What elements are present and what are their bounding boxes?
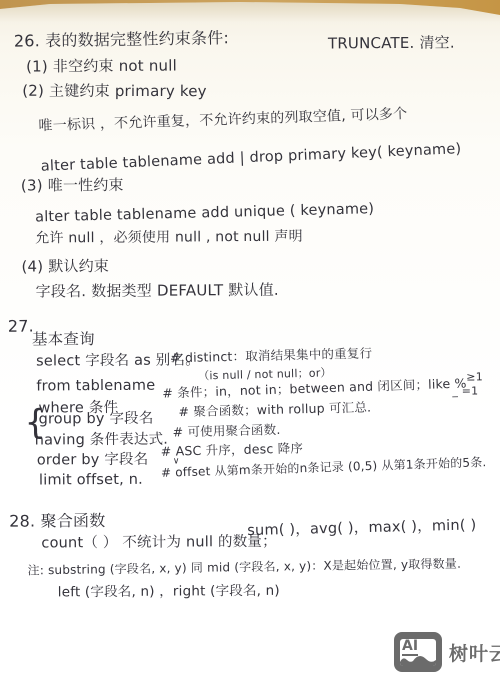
picture-frame-icon: AI: [400, 639, 436, 666]
notes-layer: 26. 表的数据完整性约束条件:TRUNCATE. 清空.(1) 非空约束 no…: [0, 0, 500, 684]
mountains-icon: [400, 652, 436, 666]
photo-canvas: 26. 表的数据完整性约束条件:TRUNCATE. 清空.(1) 非空约束 no…: [0, 0, 500, 684]
note-line: 28. 聚合函数: [9, 512, 105, 531]
note-line: # 可使用聚合函数.: [172, 423, 280, 440]
watermark: AI 树叶云: [394, 632, 500, 672]
note-line: (4) 默认约束: [21, 258, 109, 276]
note-line: order by 字段名: [37, 452, 149, 469]
note-line: 允许 null ，必须使用 null , not null 声明: [35, 229, 303, 247]
note-line: 27.: [8, 318, 34, 337]
note-line: sum( )，avg( )，max( )，min( ): [247, 517, 476, 539]
note-line: # ASC 升序，desc 降序: [161, 441, 304, 459]
note-line: ≥1: [466, 371, 483, 384]
note-line: TRUNCATE. 清空.: [328, 35, 455, 53]
note-line: 注: substring (字段名, x, y) 同 mid (字段名, x, …: [27, 558, 461, 579]
note-line: limit offset, n.: [39, 472, 143, 489]
note-line: (3) 唯一性约束: [21, 177, 124, 195]
note-line: count（ ） 不统计为 null 的数量；: [41, 534, 277, 552]
note-line: left (字段名, n) ，right (字段名, n): [58, 584, 280, 601]
note-line: # offset 从第m条开始的n条记录 (0,5) 从第1条开始的5条.: [161, 456, 487, 481]
note-line: (2) 主键约束 primary key: [22, 83, 207, 101]
note-line: 字段名. 数据类型 DEFAULT 默认值.: [36, 282, 279, 301]
note-line: alter table tablename add | drop primary…: [41, 141, 462, 175]
watermark-label: 树叶云: [449, 639, 500, 666]
note-line: # distinct：取消结果集中的重复行: [170, 346, 372, 365]
note-line: from tablename: [36, 378, 155, 396]
note-line: (1) 非空约束 not null: [26, 58, 177, 76]
note-line: alter table tablename add unique ( keyna…: [35, 201, 374, 226]
note-line: # 聚合函数；with rollup 可汇总.: [178, 400, 371, 419]
ai-image-logo-icon: AI: [394, 632, 442, 672]
note-line: group by 字段名: [38, 411, 153, 428]
note-line: 唯一标识 ，不允许重复，不允许约束的列取空值, 可以多个: [38, 106, 407, 134]
note-line: having 条件表达式.: [35, 432, 169, 450]
note-line: 基本查询: [32, 331, 95, 349]
note-line: 26. 表的数据完整性约束条件:: [14, 29, 229, 51]
note-line: _ =1: [452, 385, 478, 398]
